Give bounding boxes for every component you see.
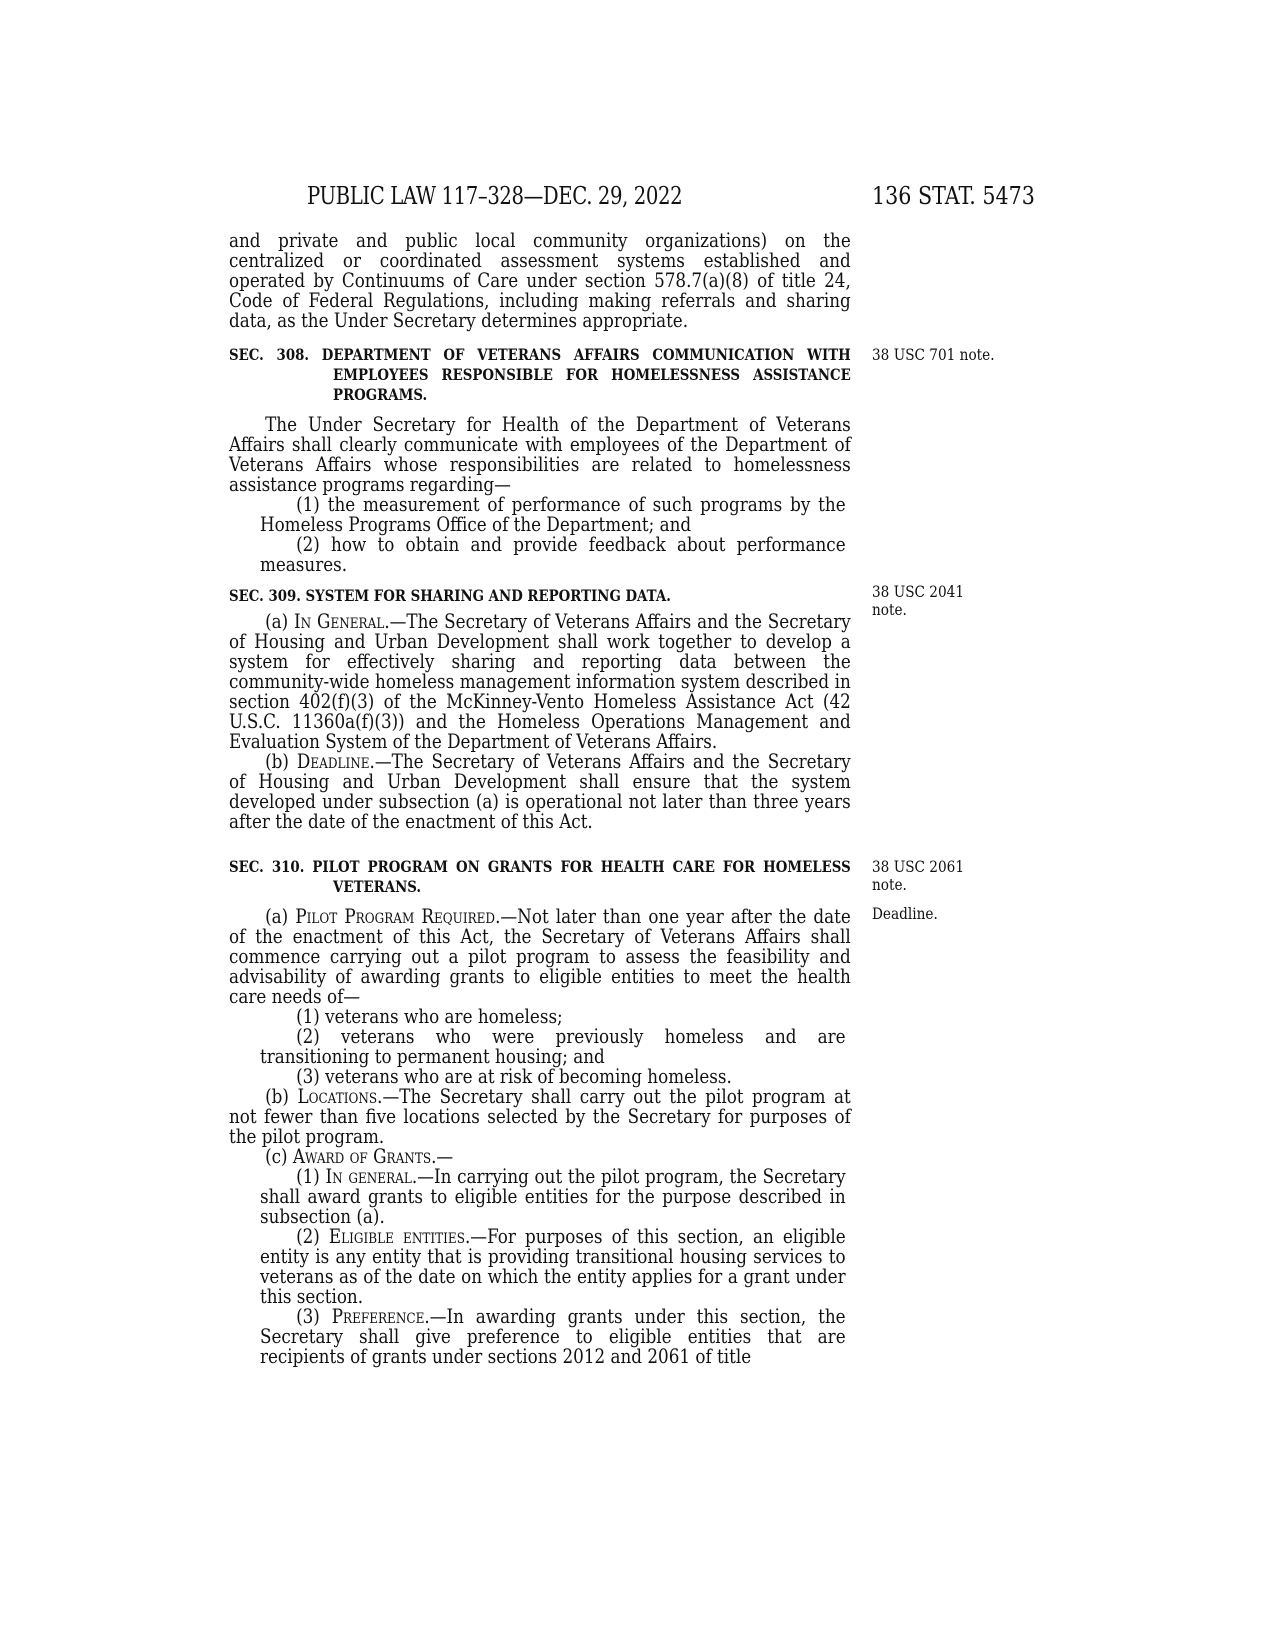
section-310-subsection-b: (b) Locations.—The Secretary shall carry… (229, 1087, 851, 1147)
document-page: PUBLIC LAW 117–328—DEC. 29, 2022 136 STA… (0, 0, 1275, 1650)
section-310-a-item-1: (1) veterans who are homeless; (229, 1007, 846, 1027)
running-header-title: PUBLIC LAW 117–328—DEC. 29, 2022 (307, 182, 682, 210)
section-310-c-paragraph-2: (2) Eligible entities.—For purposes of t… (229, 1227, 846, 1307)
margin-note-sec308: 38 USC 701 note. (872, 346, 995, 364)
section-310-subsection-a: (a) Pilot Program Required.—Not later th… (229, 907, 851, 1007)
subsection-text: —The Secretary of Veterans Affairs and t… (229, 610, 851, 753)
section-309-subsection-b: (b) Deadline.—The Secretary of Veterans … (229, 752, 851, 832)
section-308: SEC. 308. DEPARTMENT OF VETERANS AFFAIRS… (229, 345, 952, 575)
section-310-a-item-2: (2) veterans who were previously homeles… (229, 1027, 846, 1067)
margin-note-line: 38 USC 2061 (872, 858, 964, 876)
section-310-heading: SEC. 310. PILOT PROGRAM ON GRANTS FOR HE… (229, 857, 851, 897)
section-309-subsection-a: (a) In General.—The Secretary of Veteran… (229, 612, 851, 752)
section-310-a-item-3: (3) veterans who are at risk of becoming… (229, 1067, 846, 1087)
running-header-page-number: 136 STAT. 5473 (872, 182, 1035, 210)
margin-note-line: note. (872, 601, 964, 619)
section-308-item-1: (1) the measurement of performance of su… (229, 495, 846, 535)
section-308-intro: The Under Secretary for Health of the De… (229, 415, 851, 495)
margin-note-sec309: 38 USC 2041 note. (872, 583, 964, 619)
margin-note-line: 38 USC 2041 (872, 583, 964, 601)
continuation-block: and private and public local community o… (229, 231, 952, 331)
section-308-item-2: (2) how to obtain and provide feedback a… (229, 535, 846, 575)
section-310: SEC. 310. PILOT PROGRAM ON GRANTS FOR HE… (229, 857, 952, 1367)
section-310-subsection-c: (c) Award of Grants.— (229, 1147, 851, 1167)
margin-note-line: note. (872, 876, 964, 894)
margin-note-sec310: 38 USC 2061 note. (872, 858, 964, 894)
section-310-c-paragraph-3: (3) Preference.—In awarding grants under… (229, 1307, 846, 1367)
section-309: SEC. 309. SYSTEM FOR SHARING AND REPORTI… (229, 586, 952, 832)
label: (c) (265, 1145, 293, 1168)
section-308-heading: SEC. 308. DEPARTMENT OF VETERANS AFFAIRS… (229, 345, 851, 405)
continuation-paragraph: and private and public local community o… (229, 231, 851, 331)
section-309-heading: SEC. 309. SYSTEM FOR SHARING AND REPORTI… (229, 586, 851, 606)
margin-note-deadline: Deadline. (872, 905, 938, 923)
section-310-c-paragraph-1: (1) In general.—In carrying out the pilo… (229, 1167, 846, 1227)
